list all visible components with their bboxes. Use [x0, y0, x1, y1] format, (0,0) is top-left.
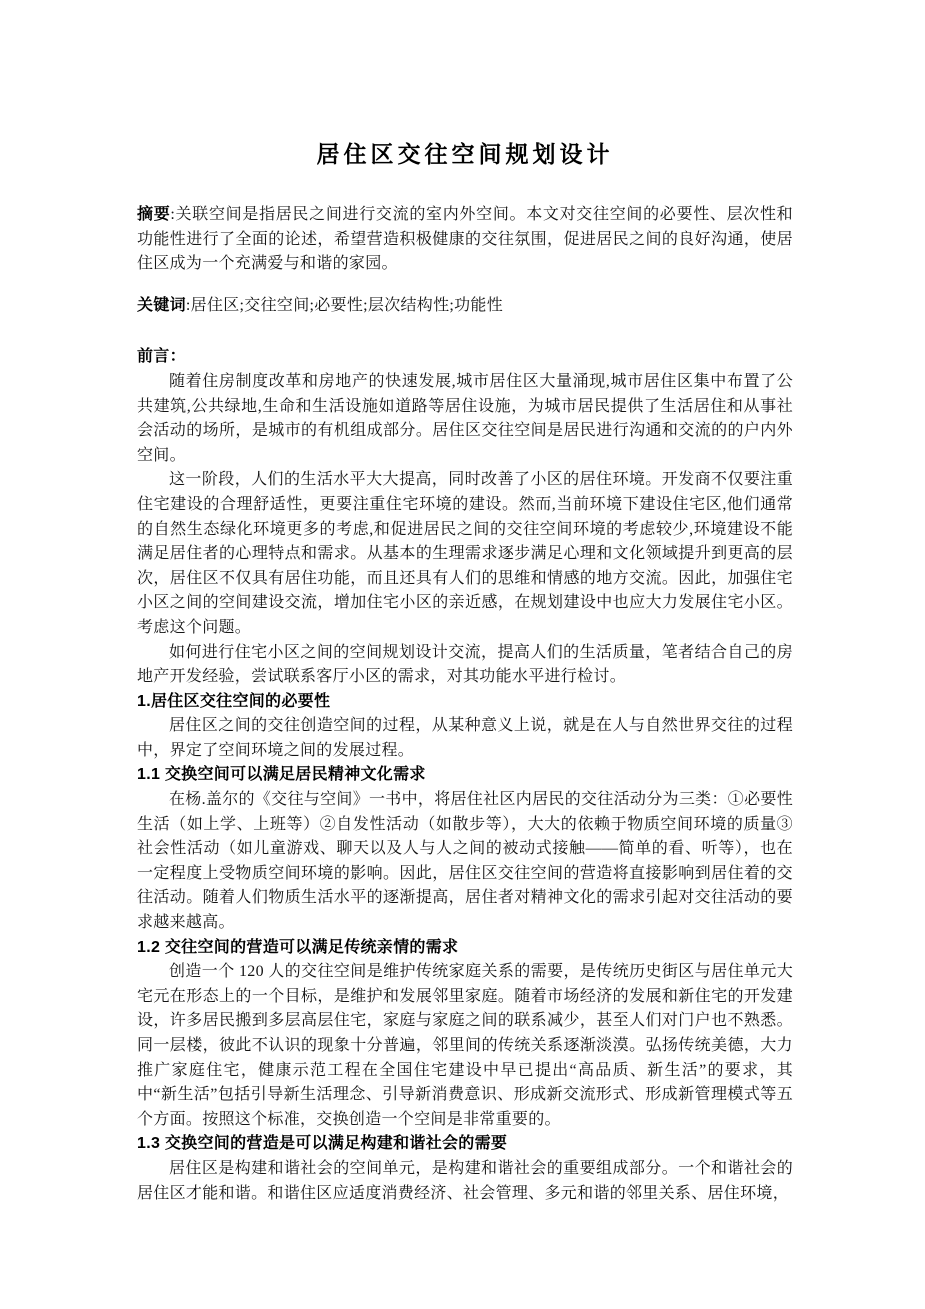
paragraph-preface-2: 这一阶段，人们的生活水平大大提高，同时改善了小区的居住环境。开发商不仅要注重住宅… — [137, 468, 793, 640]
section-heading-1-2: 1.2 交往空间的营造可以满足传统亲情的需求 — [137, 936, 793, 961]
preface-heading: 前言： — [137, 345, 793, 370]
section-heading-1: 1.居住区交往空间的必要性 — [137, 690, 793, 715]
paragraph-preface-1: 随着住房制度改革和房地产的快速发展,城市居住区大量涌现,城市居住区集中布置了公共… — [137, 370, 793, 468]
document-content: 居住区交往空间规划设计 摘要:关联空间是指居民之间进行交流的室内外空间。本文对交… — [137, 139, 793, 1206]
paragraph-section-1-1: 在杨.盖尔的《交往与空间》一书中，将居住社区内居民的交往活动分为三类：①必要性生… — [137, 788, 793, 936]
document-page: 居住区交往空间规划设计 摘要:关联空间是指居民之间进行交流的室内外空间。本文对交… — [0, 0, 925, 1309]
paragraph-section-1: 居住区之间的交往创造空间的过程，从某种意义上说，就是在人与自然世界交往的过程中，… — [137, 714, 793, 763]
section-heading-1-1: 1.1 交换空间可以满足居民精神文化需求 — [137, 763, 793, 788]
abstract-label: 摘要 — [137, 206, 170, 223]
paper-title: 居住区交往空间规划设计 — [137, 139, 793, 171]
abstract-text: :关联空间是指居民之间进行交流的室内外空间。本文对交往空间的必要性、层次性和功能… — [137, 206, 793, 272]
spacer — [137, 277, 793, 294]
keywords-label: 关键词 — [137, 297, 186, 314]
spacer — [137, 318, 793, 345]
keywords-text: :居住区;交往空间;必要性;层次结构性;功能性 — [186, 297, 503, 314]
paragraph-section-1-3: 居住区是构建和谐社会的空间单元，是构建和谐社会的重要组成部分。一个和谐社会的居住… — [137, 1157, 793, 1206]
abstract-paragraph: 摘要:关联空间是指居民之间进行交流的室内外空间。本文对交往空间的必要性、层次性和… — [137, 203, 793, 277]
keywords-line: 关键词:居住区;交往空间;必要性;层次结构性;功能性 — [137, 294, 793, 319]
paragraph-section-1-2: 创造一个 120 人的交往空间是维护传统家庭关系的需要，是传统历史街区与居住单元… — [137, 960, 793, 1132]
paragraph-preface-3: 如何进行住宅小区之间的空间规划设计交流，提高人们的生活质量，笔者结合自己的房地产… — [137, 641, 793, 690]
section-heading-1-3: 1.3 交换空间的营造是可以满足构建和谐社会的需要 — [137, 1132, 793, 1157]
